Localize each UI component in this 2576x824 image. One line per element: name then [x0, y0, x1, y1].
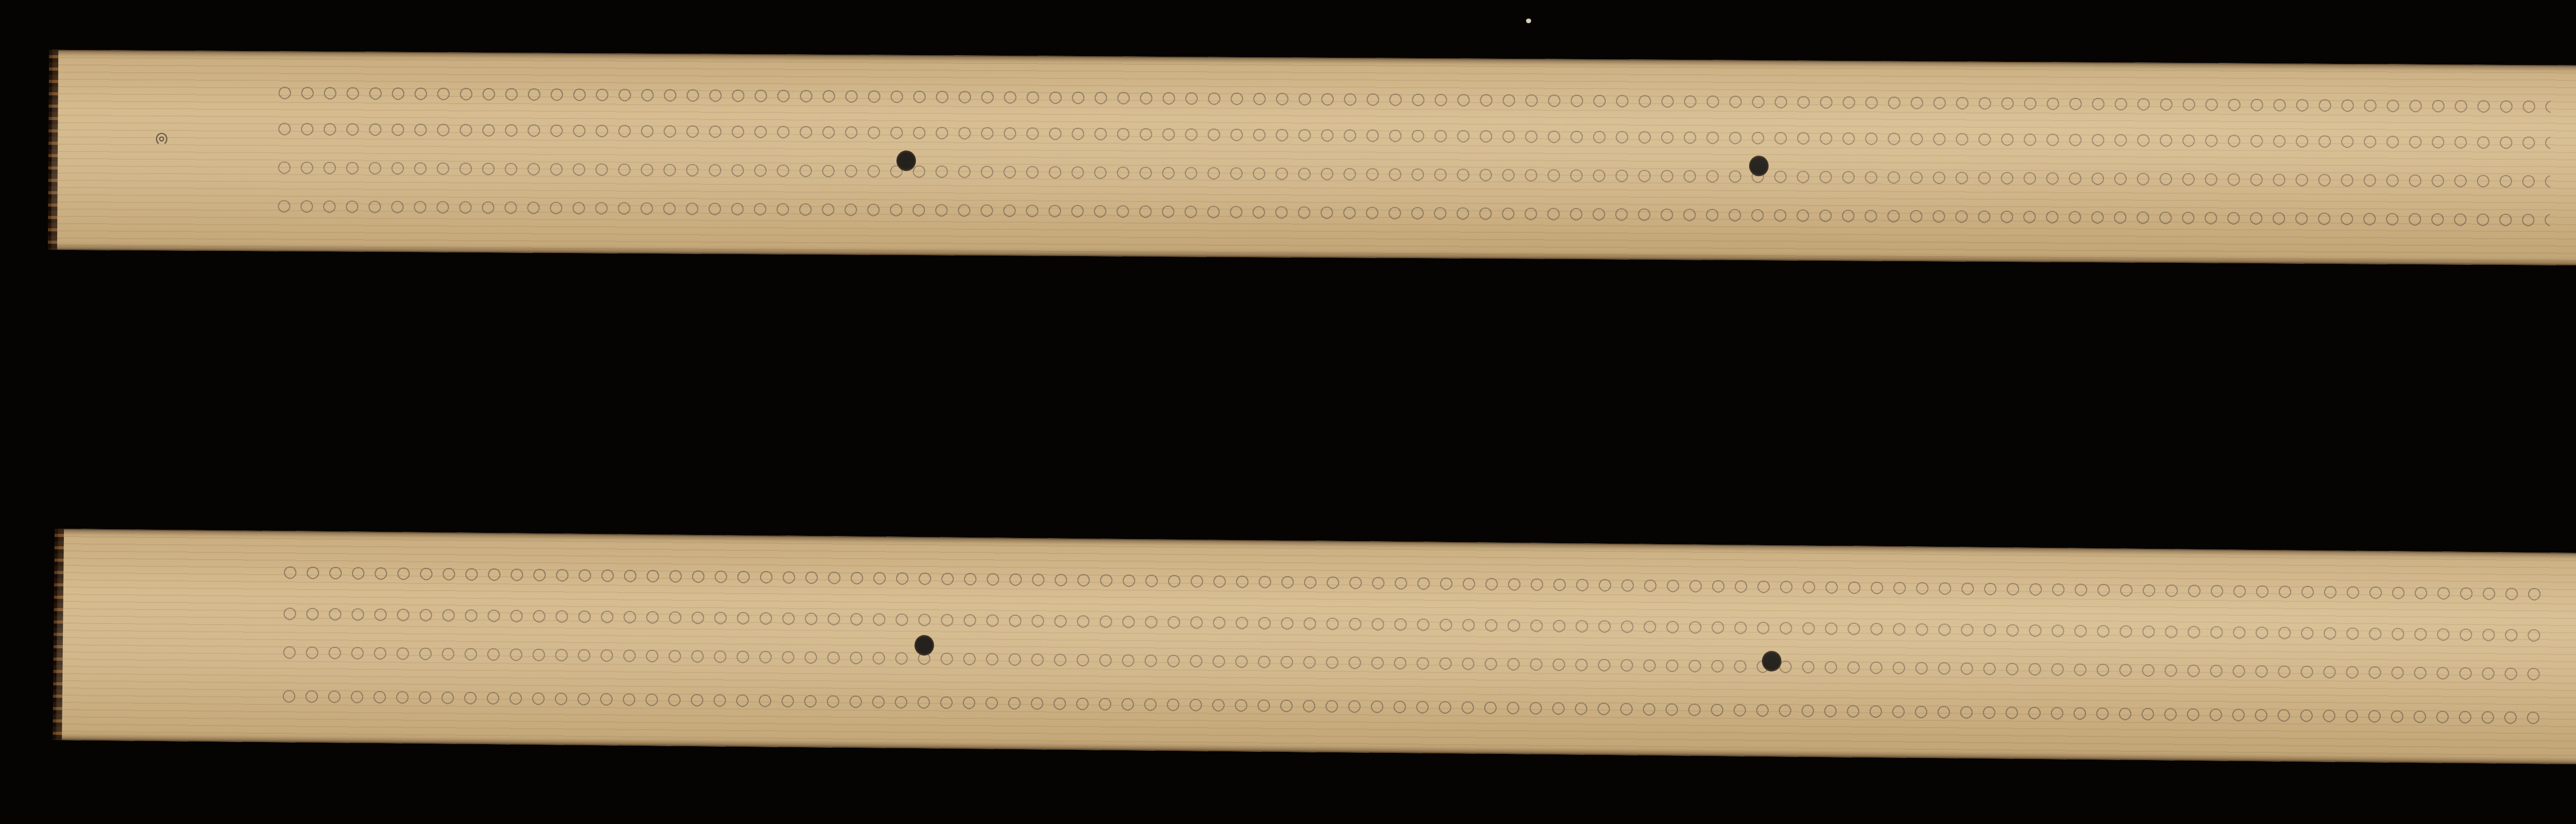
text-line	[279, 561, 2546, 602]
text-line	[274, 81, 2551, 114]
text-line	[273, 117, 2550, 150]
lower-folio: Lower folio Hand-incised Southeast Asian…	[56, 529, 2576, 765]
upper-folio: Upper folio Hand-incised Southeast Asian…	[51, 50, 2576, 265]
text-line	[278, 602, 2545, 643]
left-frayed-edge	[53, 529, 64, 740]
string-hole	[1749, 156, 1769, 176]
marginal-mark: ၐ	[155, 120, 169, 156]
text-line	[273, 156, 2550, 189]
string-hole	[914, 635, 934, 655]
left-frayed-edge	[48, 50, 58, 250]
string-hole	[896, 150, 916, 171]
string-hole	[1762, 651, 1782, 671]
text-line	[278, 641, 2545, 682]
text-line	[278, 684, 2545, 726]
text-line	[273, 194, 2550, 228]
dust-speck	[1526, 19, 1531, 23]
